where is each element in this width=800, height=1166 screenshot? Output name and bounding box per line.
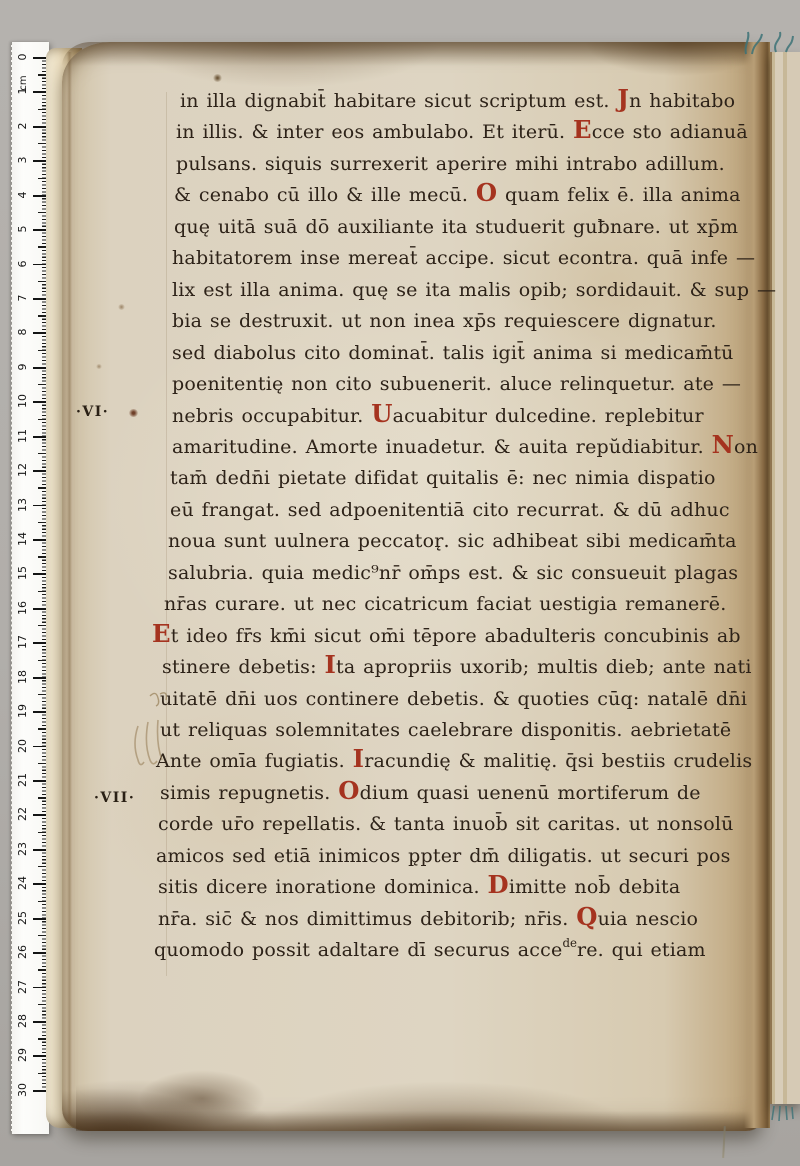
manuscript-line: in illis. & inter eos ambulabo. Et iterū… [176,119,748,145]
line-text: nr̄as curare. ut nec cicatricum faciat u… [164,593,726,615]
line-text: bia se destruxit. ut non inea xp̄s requi… [172,310,717,332]
rubric-initial: J [617,84,629,113]
rubric-initial: E [573,115,592,144]
line-text: t ideo fr̄s km̄i sicut om̄i tēpore abadu… [171,625,741,647]
manuscript-line: corde ur̄o repellatis. & tanta inuob̄ si… [158,811,734,837]
line-text: sitis dicere inoratione dominica. [158,876,488,898]
manuscript-line: amaritudine. Amorte inuadetur. & auita r… [172,434,758,460]
rubric-initial: N [712,430,734,459]
text-block: in illa dignabit̄ habitare sicut scriptu… [0,0,800,1166]
line-text: acuabitur dulcedine. replebitur [393,405,704,427]
line-text: tam̄ dedn̄i pietate difidat quitalis ē: … [170,467,716,489]
manuscript-line: tam̄ dedn̄i pietate difidat quitalis ē: … [170,465,716,491]
rubric-initial: E [152,619,171,648]
manuscript-line: sitis dicere inoratione dominica. Dimitt… [158,874,680,900]
manuscript-line: simis repugnetis. Odium quasi uenenū mor… [160,780,701,806]
manuscript-line: ut reliquas solemnitates caelebrare disp… [160,717,731,743]
line-text: amicos sed etiā inimicos p̨pter dm̄ dili… [156,845,731,867]
manuscript-line: Et ideo fr̄s km̄i sicut om̄i tēpore abad… [152,623,741,649]
manuscript-line: eū frangat. sed adpoenitentiā cito recur… [170,497,730,523]
manuscript-line: poenitentię non cito subuenerit. aluce r… [172,371,741,397]
manuscript-line: amicos sed etiā inimicos p̨pter dm̄ dili… [156,843,731,869]
manuscript-line: nebris occupabitur. Uacuabitur dulcedine… [172,403,704,429]
rubric-initial: I [324,650,336,679]
pen-trial-marks [110,688,174,800]
line-text: quam felix ē. illa anima [497,184,740,206]
line-text: lix est illa anima. quę se ita malis opi… [172,279,749,301]
line-text: — [728,247,755,269]
manuscript-line: pulsans. siquis surrexerit aperire mihi … [176,151,725,177]
line-text: stinere debetis: [162,656,324,678]
line-text: uitatē dn̄i uos continere debetis. & quo… [160,688,747,710]
margin-chapter-number-vi: ·VI· [76,404,109,420]
line-text: quomodo possit adaltare dī securus acce [154,939,562,961]
margin-blot [129,409,138,417]
line-text: noua sunt uulnera peccator̨. sic adhibea… [168,530,737,552]
manuscript-line: bia se destruxit. ut non inea xp̄s requi… [172,308,717,334]
line-text: nr̄a. sic̄ & nos dimittimus debitorib; n… [158,908,576,930]
rubric-initial: O [476,178,497,207]
line-text: sed diabolus cito dominat̄. talis igit̄ … [172,342,734,364]
line-text: uia nescio [598,908,699,930]
line-text: simis repugnetis. [160,782,338,804]
manuscript-line: lix est illa anima. quę se ita malis opi… [172,277,776,303]
line-text: habitatorem inse mereat̄ accipe. sicut e… [172,247,728,269]
line-text: Ante omīa fugiatis. [156,750,353,772]
rubric-initial: U [371,399,392,428]
manuscript-line: sed diabolus cito dominat̄. talis igit̄ … [172,340,734,366]
line-text: — [749,279,776,301]
line-text: dium quasi uenenū mortiferum de [360,782,701,804]
rubric-initial: Q [576,902,597,931]
rubric-initial: D [488,870,509,899]
manuscript-line: uitatē dn̄i uos continere debetis. & quo… [160,686,747,712]
line-text: & cenabo cū illo & ille mecū. [174,184,476,206]
line-text: pulsans. siquis surrexerit aperire mihi … [176,153,725,175]
line-text: n habitabo [629,90,735,112]
line-text: re. qui etiam [577,939,706,961]
manuscript-line: quomodo possit adaltare dī securus acced… [154,937,706,965]
line-text: eū frangat. sed adpoenitentiā cito recur… [170,499,730,521]
line-text: corde ur̄o repellatis. & tanta inuob̄ si… [158,813,734,835]
manuscript-photo: 0123456789101112131415161718192021222324… [0,0,800,1166]
line-text: on [734,436,758,458]
line-text: quę uitā suā dō auxiliante ita studuerit… [174,216,738,238]
manuscript-line: noua sunt uulnera peccator̨. sic adhibea… [168,528,737,554]
line-text: cce sto adianuā [592,121,748,143]
manuscript-line: in illa dignabit̄ habitare sicut scriptu… [180,88,735,114]
manuscript-line: stinere debetis: Ita apropriis uxorib; m… [162,654,752,680]
line-text: poenitentię non cito subuenerit. aluce r… [172,373,714,395]
rubric-initial: I [353,744,365,773]
manuscript-line: quę uitā suā dō auxiliante ita studuerit… [174,214,738,240]
manuscript-line: salubria. quia medic⁹nr̄ om̄ps est. & si… [168,560,738,586]
line-text: ut reliquas solemnitates caelebrare disp… [160,719,731,741]
line-text: in illis. & inter eos ambulabo. Et iterū… [176,121,573,143]
manuscript-line: nr̄a. sic̄ & nos dimittimus debitorib; n… [158,906,698,932]
rubric-initial: O [338,776,359,805]
manuscript-line: & cenabo cū illo & ille mecū. O quam fel… [174,182,741,208]
manuscript-line: nr̄as curare. ut nec cicatricum faciat u… [164,591,726,617]
line-text: nebris occupabitur. [172,405,371,427]
line-text: — [714,373,741,395]
line-text: in illa dignabit̄ habitare sicut scriptu… [180,90,617,112]
line-text: imitte nob̄ debita [509,876,681,898]
manuscript-line: Ante omīa fugiatis. Iracundię & malitię.… [156,748,752,774]
line-text: racundię & malitię. q̄si bestiis crudeli… [364,750,752,772]
manuscript-line: habitatorem inse mereat̄ accipe. sicut e… [172,245,755,271]
line-text: salubria. quia medic⁹nr̄ om̄ps est. & si… [168,562,738,584]
line-text: amaritudine. Amorte inuadetur. & auita r… [172,436,712,458]
line-text: ta apropriis uxorib; multis dieb; ante n… [336,656,752,678]
interlinear-gloss: de [562,936,577,950]
